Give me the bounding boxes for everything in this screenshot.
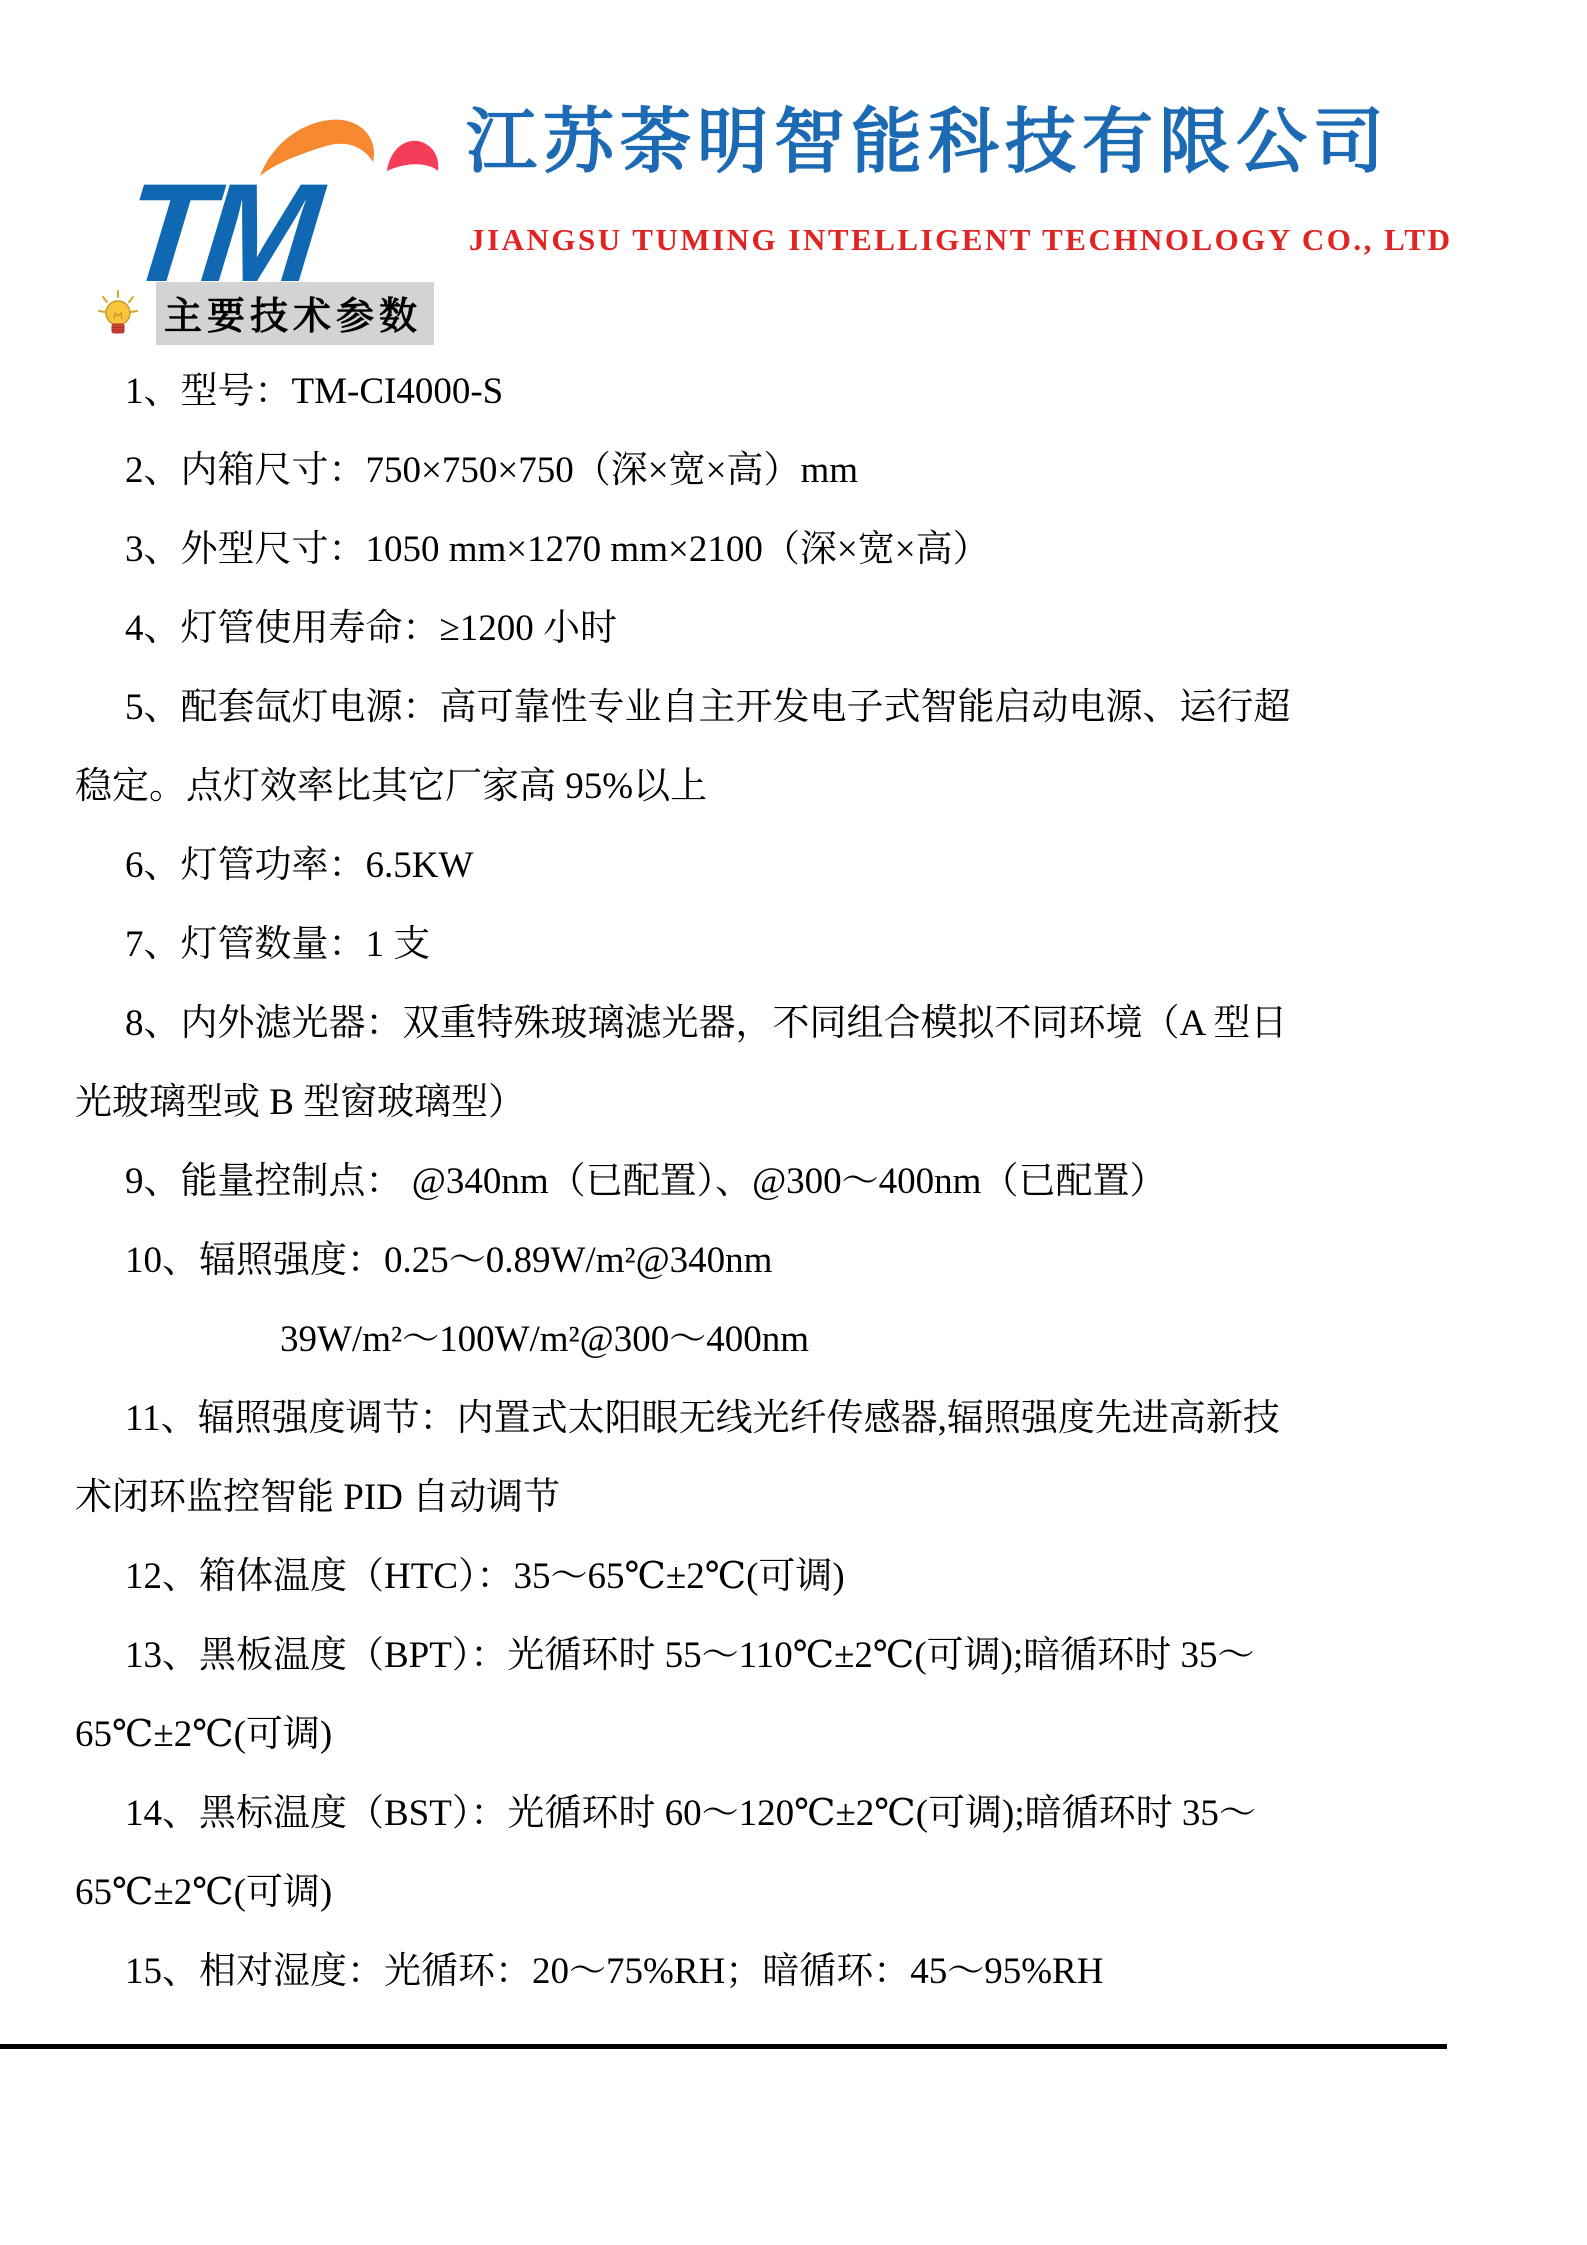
- section-title: 主要技术参数: [156, 282, 434, 345]
- spec-item-4: 4、灯管使用寿命：≥1200 小时: [75, 589, 1535, 668]
- company-name-english: JIANGSU TUMING INTELLIGENT TECHNOLOGY CO…: [469, 222, 1453, 258]
- document-page: TM 江苏荼明智能科技有限公司 JIANGSU TUMING INTELLIGE…: [0, 0, 1587, 2245]
- spec-item-12: 12、箱体温度（HTC）：35～65℃±2℃(可调): [75, 1537, 1535, 1616]
- spec-item-8: 8、内外滤光器：双重特殊玻璃滤光器，不同组合模拟不同环境（A 型日: [75, 984, 1535, 1063]
- logo-orange-swoosh-icon: [258, 116, 383, 180]
- spec-item-7: 7、灯管数量：1 支: [75, 905, 1535, 984]
- company-name-chinese: 江苏荼明智能科技有限公司: [466, 104, 1390, 182]
- spec-item-5-cont: 稳定。点灯效率比其它厂家高 95%以上: [75, 747, 1535, 826]
- logo-red-swoosh-icon: [386, 138, 442, 172]
- spec-item-8-cont: 光玻璃型或 B 型窗玻璃型）: [75, 1063, 1535, 1142]
- spec-item-10: 10、辐照强度：0.25～0.89W/m²@340nm: [75, 1221, 1535, 1300]
- footer-divider: [0, 2044, 1447, 2049]
- spec-item-5: 5、配套氙灯电源：高可靠性专业自主开发电子式智能启动电源、运行超: [75, 668, 1535, 747]
- spec-item-1: 1、型号：TM-CI4000-S: [75, 352, 1535, 431]
- spec-list: 1、型号：TM-CI4000-S 2、内箱尺寸：750×750×750（深×宽×…: [75, 352, 1535, 2011]
- spec-item-14-cont: 65℃±2℃(可调): [75, 1853, 1535, 1932]
- spec-item-2: 2、内箱尺寸：750×750×750（深×宽×高）mm: [75, 431, 1535, 510]
- spec-item-14: 14、黑标温度（BST）：光循环时 60～120℃±2℃(可调);暗循环时 35…: [75, 1774, 1535, 1853]
- spec-item-9: 9、能量控制点： @340nm（已配置）、@300～400nm（已配置）: [75, 1142, 1535, 1221]
- spec-item-13: 13、黑板温度（BPT）：光循环时 55～110℃±2℃(可调);暗循环时 35…: [75, 1616, 1535, 1695]
- spec-item-10-cont: 39W/m²～100W/m²@300～400nm: [75, 1300, 1535, 1379]
- spec-item-11: 11、辐照强度调节：内置式太阳眼无线光纤传感器,辐照强度先进高新技: [75, 1379, 1535, 1458]
- spec-item-6: 6、灯管功率：6.5KW: [75, 826, 1535, 905]
- section-heading: 主要技术参数: [96, 282, 434, 345]
- spec-item-15: 15、相对湿度：光循环：20～75%RH；暗循环：45～95%RH: [75, 1932, 1535, 2011]
- lightbulb-icon: [96, 289, 140, 339]
- spec-item-3: 3、外型尺寸：1050 mm×1270 mm×2100（深×宽×高）: [75, 510, 1535, 589]
- spec-item-13-cont: 65℃±2℃(可调): [75, 1695, 1535, 1774]
- spec-item-11-cont: 术闭环监控智能 PID 自动调节: [75, 1458, 1535, 1537]
